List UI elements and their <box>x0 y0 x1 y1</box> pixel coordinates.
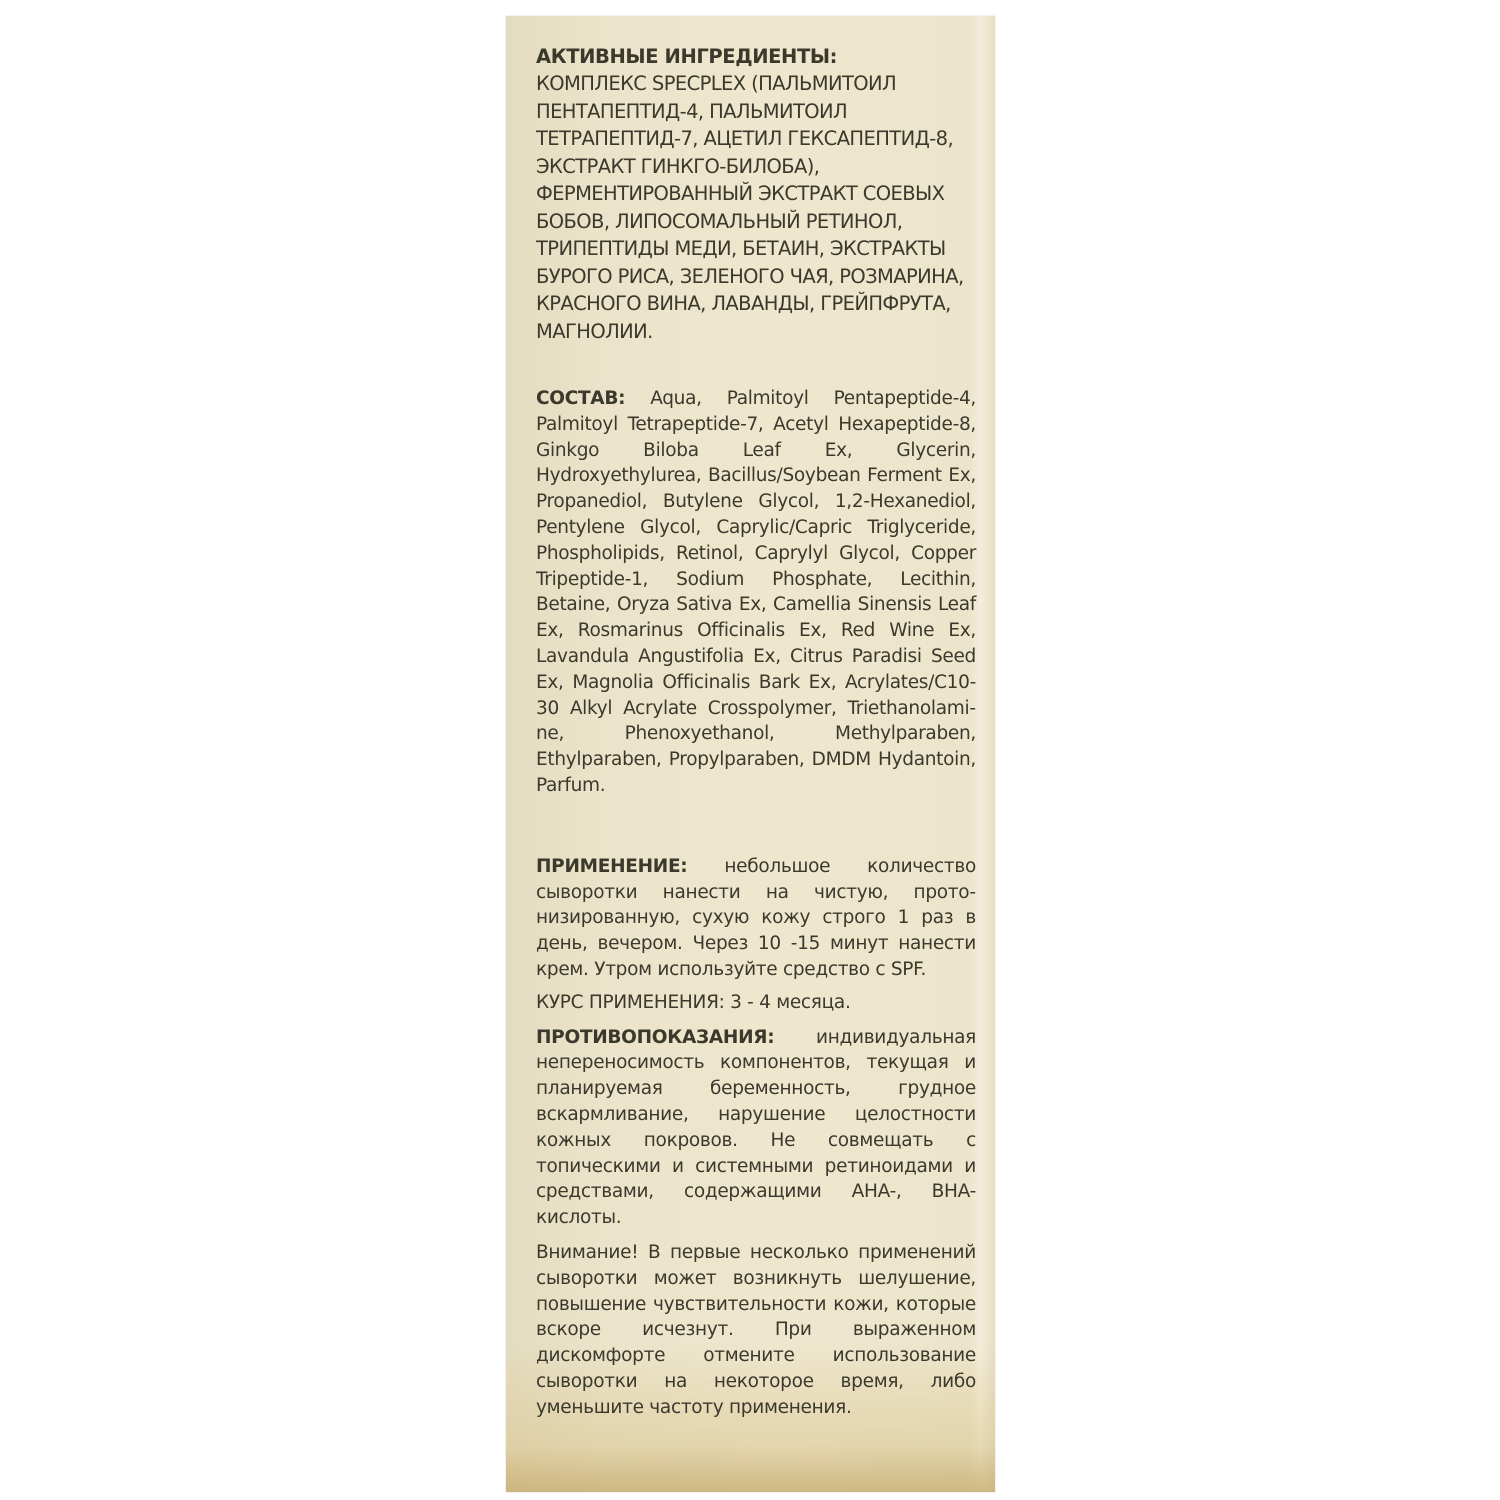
package-panel: АКТИВНЫЕ ИНГРЕДИЕНТЫ: КОМПЛЕКС SPECPLEX … <box>506 16 995 1492</box>
usage-label: ПРИМЕНЕНИЕ: <box>536 856 687 877</box>
course-text: КУРС ПРИМЕНЕНИЯ: 3 - 4 месяца. <box>536 990 976 1016</box>
active-ingredients-heading: АКТИВНЫЕ ИНГРЕДИЕНТЫ: <box>536 43 976 70</box>
contraindications-text: индивидуаль­ная непереносимость компонен… <box>536 1027 976 1229</box>
active-ingredients-section: АКТИВНЫЕ ИНГРЕДИЕНТЫ: КОМПЛЕКС SPECPLEX … <box>536 43 976 345</box>
composition-text: Aqua, Palmitoyl Pentapepti­de-4, Palmito… <box>536 388 976 796</box>
contraindications-section: ПРОТИВОПОКАЗАНИЯ: индивидуаль­ная непере… <box>536 1025 976 1231</box>
composition-label: СОСТАВ: <box>536 388 625 409</box>
package-text: АКТИВНЫЕ ИНГРЕДИЕНТЫ: КОМПЛЕКС SPECPLEX … <box>536 43 976 1420</box>
active-ingredients-text: КОМПЛЕКС SPECPLEX (ПАЛЬМИТОИЛ ПЕНТАПЕПТИ… <box>536 70 976 345</box>
usage-section: ПРИМЕНЕНИЕ: небольшое количество сыворот… <box>536 854 976 983</box>
warning-text: Внимание! В первые несколько приме­нений… <box>536 1240 976 1421</box>
composition-section: СОСТАВ: Aqua, Palmitoyl Pentapepti­de-4,… <box>536 386 976 799</box>
contraindications-label: ПРОТИВОПОКАЗАНИЯ: <box>536 1027 774 1048</box>
